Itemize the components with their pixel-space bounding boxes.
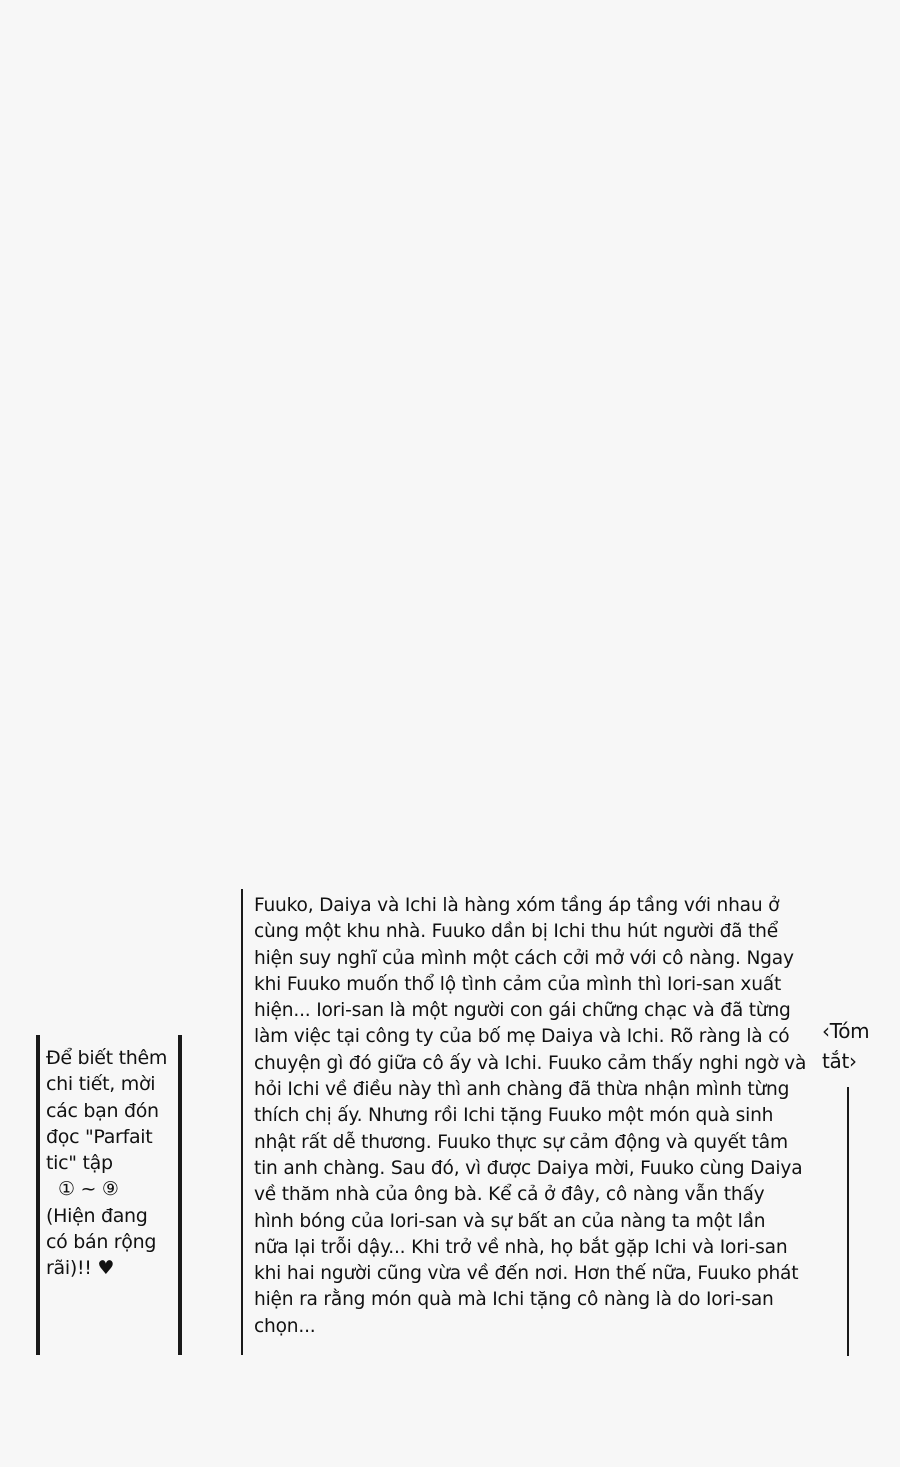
side-note-line-last: rãi)!! ♥ bbox=[46, 1255, 176, 1281]
side-note-line: có bán rộng bbox=[46, 1229, 176, 1255]
side-note-line-text: rãi)!! bbox=[46, 1257, 92, 1279]
summary-line: hiện suy nghĩ của mình một cách cởi mở v… bbox=[254, 946, 814, 972]
side-note-line: chi tiết, mời bbox=[46, 1071, 176, 1097]
side-note-right-border bbox=[178, 1035, 182, 1355]
side-note-line: các bạn đón bbox=[46, 1098, 176, 1124]
summary-line: tin anh chàng. Sau đó, vì được Daiya mời… bbox=[254, 1156, 814, 1182]
summary-line: hiện ra rằng món quà mà Ichi tặng cô nàn… bbox=[254, 1287, 814, 1313]
volume-range: ① ~ ⑨ bbox=[46, 1176, 176, 1202]
summary-line: khi Fuuko muốn thổ lộ tình cảm của mình … bbox=[254, 972, 814, 998]
side-note-left-border bbox=[36, 1035, 40, 1355]
side-note-box: Để biết thêm chi tiết, mời các bạn đón đ… bbox=[46, 1045, 176, 1282]
summary-border-line bbox=[241, 889, 243, 1355]
heart-icon: ♥ bbox=[97, 1257, 114, 1279]
summary-label: ‹Tóm tắt› bbox=[822, 1016, 869, 1076]
summary-line: Fuuko, Daiya và Ichi là hàng xóm tầng áp… bbox=[254, 893, 814, 919]
summary-line: hình bóng của Iori-san và sự bất an của … bbox=[254, 1209, 814, 1235]
summary-line: về thăm nhà của ông bà. Kể cả ở đây, cô … bbox=[254, 1182, 814, 1208]
summary-line: chuyện gì đó giữa cô ấy và Ichi. Fuuko c… bbox=[254, 1051, 814, 1077]
label-border-line bbox=[847, 1087, 849, 1356]
summary-line: làm việc tại công ty của bố mẹ Daiya và … bbox=[254, 1024, 814, 1050]
summary-line: cùng một khu nhà. Fuuko dần bị Ichi thu … bbox=[254, 919, 814, 945]
side-note-line: Để biết thêm bbox=[46, 1045, 176, 1071]
summary-line: nữa lại trỗi dậy... Khi trở về nhà, họ b… bbox=[254, 1235, 814, 1261]
side-note-line: tic" tập bbox=[46, 1150, 176, 1176]
side-note-line: đọc "Parfait bbox=[46, 1124, 176, 1150]
summary-label-line: tắt› bbox=[822, 1046, 869, 1076]
summary-line: khi hai người cũng vừa về đến nơi. Hơn t… bbox=[254, 1261, 814, 1287]
summary-line: chọn... bbox=[254, 1314, 814, 1340]
summary-line: thích chị ấy. Nhưng rồi Ichi tặng Fuuko … bbox=[254, 1103, 814, 1129]
summary-line: nhật rất dễ thương. Fuuko thực sự cảm độ… bbox=[254, 1130, 814, 1156]
summary-label-line: ‹Tóm bbox=[822, 1016, 869, 1046]
story-summary-text: Fuuko, Daiya và Ichi là hàng xóm tầng áp… bbox=[254, 893, 814, 1340]
summary-line: hỏi Ichi về điều này thì anh chàng đã th… bbox=[254, 1077, 814, 1103]
side-note-line: (Hiện đang bbox=[46, 1203, 176, 1229]
summary-line: hiện... Iori-san là một người con gái ch… bbox=[254, 998, 814, 1024]
